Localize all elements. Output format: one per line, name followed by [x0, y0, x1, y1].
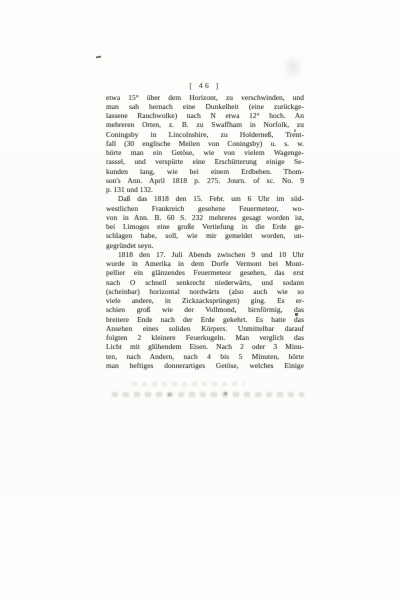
text-line: ten, nach Andern, nach 4 bis 5 Minuten, … — [106, 352, 304, 361]
text-line: bei Limoges eine große Vertiefung in die… — [106, 222, 304, 231]
text-line: mehreren Orten, z. B. zu Swaffham in Nor… — [106, 120, 304, 129]
text-line: man sah hernach eine Dunkelheit (eine zu… — [106, 102, 304, 111]
text-line: nach O schnell senkrecht niederwärts, un… — [106, 278, 304, 287]
text-line: pellier ein glänzendes Feuermeteor geseh… — [106, 268, 304, 277]
text-line: von in Ann. B. 60 S. 232 mehreres gesagt… — [106, 213, 304, 222]
text-line: hörte man ein Getöse, wie von vielem Wag… — [106, 148, 304, 157]
showthrough-text-ghost — [132, 382, 244, 386]
text-line: lassene Rauchwolke) nach N etwa 12° hoch… — [106, 111, 304, 120]
text-line: p. 131 und 132. — [106, 185, 304, 194]
text-line: Daß das 1818 den 15. Febr. um 6 Uhr im s… — [106, 194, 304, 203]
text-line: kunden lang, wie bei einem Erdbeben. Tho… — [106, 167, 304, 176]
text-line: fall (30 englische Meilen von Coningsby)… — [106, 139, 304, 148]
text-line: viele andere, in Zickzacksprüngen) ging.… — [106, 296, 304, 305]
text-line: son's Ann. April 1818 p. 275. Journ. of … — [106, 176, 304, 185]
showthrough-text-ghost — [112, 392, 304, 397]
ink-speck — [295, 313, 298, 316]
text-line: (scheinbar) horizontal nordwärts (also a… — [106, 287, 304, 296]
text-line: Coningsby in Lincolnshire, zu Holderneß,… — [106, 130, 304, 139]
scan-smudge — [279, 50, 307, 84]
showthrough-speck — [224, 392, 227, 395]
text-line: breitere Ende nach der Erde gekehrt. Es … — [106, 315, 304, 324]
text-line: wurde in Amerika in dem Dorfe Vermont be… — [106, 259, 304, 268]
text-line: schlagen habe, soll, wie mir gemeldet wo… — [106, 231, 304, 240]
ink-dash-mark — [96, 56, 101, 58]
text-line: folgten 2 kleinere Feuerkugeln. Man verg… — [106, 333, 304, 342]
text-line: Ansehen eines soliden Körpers. Unmittelb… — [106, 324, 304, 333]
scanned-book-page: [ 46 ] etwa 15° über dem Horizont, zu ve… — [0, 0, 400, 599]
text-line: Licht mit glühendem Eisen. Nach 2 oder 3… — [106, 342, 304, 351]
page-number: [ 46 ] — [106, 81, 304, 90]
text-line: westlichen Frankreich gesehene Feuermete… — [106, 204, 304, 213]
text-line: schien groß wie der Vollmond, birnförmig… — [106, 305, 304, 314]
text-line: gegründet seyn. — [106, 241, 304, 250]
text-line: man heftiges donnerartiges Getöse, welch… — [106, 361, 304, 370]
text-line: rassel, und verspürte eine Erschütterung… — [106, 157, 304, 166]
text-line: 1818 den 17. Juli Abends zwischen 9 und … — [106, 250, 304, 259]
showthrough-speck — [168, 393, 171, 396]
text-block: etwa 15° über dem Horizont, zu verschwin… — [106, 93, 304, 371]
text-line: etwa 15° über dem Horizont, zu verschwin… — [106, 93, 304, 102]
